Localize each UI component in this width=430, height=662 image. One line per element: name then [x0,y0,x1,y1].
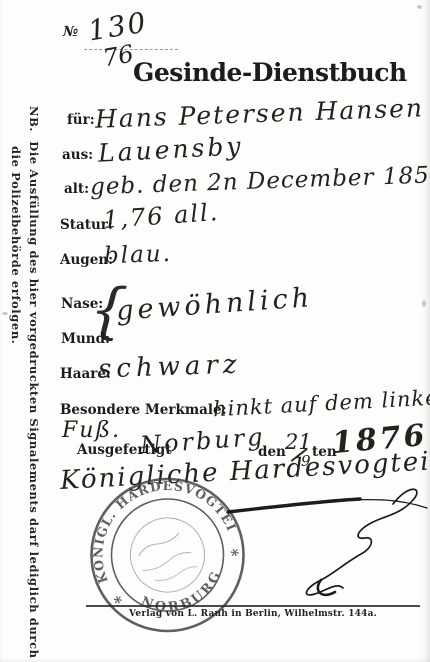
footer-rule [86,605,420,607]
field-augen-value: blau. [104,241,173,269]
margin-note-line2: die Polizeibehörde erfolgen. [9,146,23,344]
document-page: NB. Die Ausfüllung des hier vorgedruckte… [0,0,430,662]
signature-flourish [225,478,430,613]
field-alt-value: geb. den 2n December 1854. [90,162,430,201]
field-mund-label: Mund: [61,331,110,347]
field-haare-value: schwarz [98,350,243,385]
number-denominator: 76 [101,40,136,73]
field-aus-label: aus: [62,147,93,163]
issue-day: 21 [285,430,312,454]
field-statur-value: 1,76 all. [102,198,220,234]
signature-loops [306,489,416,595]
signature-thick-stroke [228,499,360,512]
stamp-center-squiggle-3 [155,564,197,584]
field-merkmale-value-line1: hinkt auf dem linken [213,385,430,422]
number-label: № [63,24,78,40]
field-merkmale-label: Besondere Merkmale: [60,402,227,418]
margin-note-line1: NB. Die Ausfüllung des hier vorgedruckte… [27,106,41,659]
field-fuer-label: für: [67,112,95,128]
paper-speck [2,312,8,315]
page-title: Gesinde-Dienstbuch [133,58,407,87]
field-fuer-value: Hans Petersen Hansen [95,93,425,133]
field-aus-value: Lauensby [97,131,244,168]
paper-speck [422,300,426,307]
field-merkmale-value-line2: Fuß. [62,418,121,443]
nase-mund-shared-value: gewöhnlich [115,282,314,327]
stamp-center-squiggle-1 [136,533,181,556]
printer-imprint: Verlag von L. Rauh in Berlin, Wilhelmstr… [86,609,420,619]
field-alt-label: alt: [64,181,89,197]
paper-speck [417,5,422,9]
